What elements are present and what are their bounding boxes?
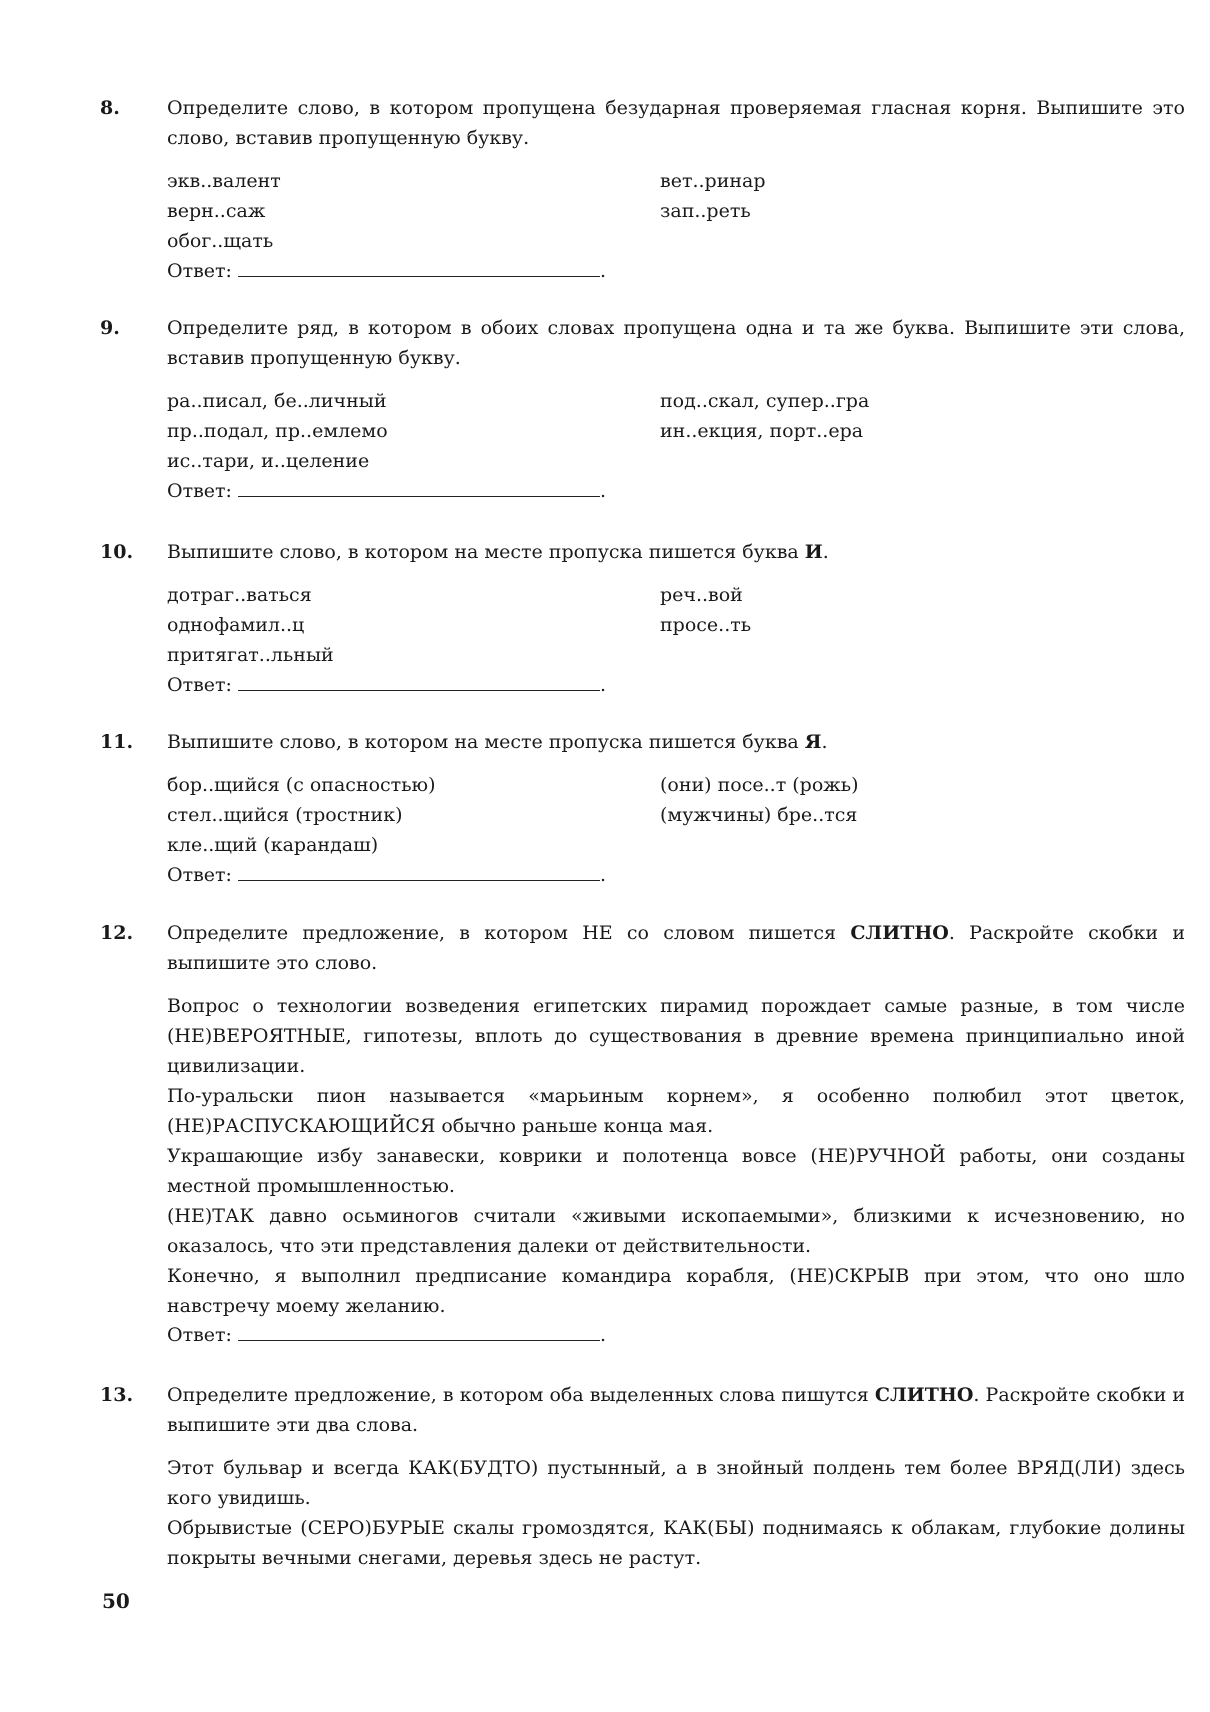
option: просе..ть xyxy=(660,610,751,640)
task-prompt: Выпишите слово, в котором на месте пропу… xyxy=(167,537,1185,567)
task-prompt: Определите слово, в котором пропущена бе… xyxy=(167,93,1185,153)
options-right: вет..ринар зап..реть xyxy=(660,166,766,226)
sentence: (НЕ)ТАК давно осьминогов считали «живыми… xyxy=(167,1201,1185,1261)
answer-label: Ответ: xyxy=(167,260,232,282)
answer-label: Ответ: xyxy=(167,480,232,502)
option: дотраг..ваться xyxy=(167,580,334,610)
option: под..скал, супер..гра xyxy=(660,386,869,416)
options-right: (они) посе..т (рожь) (мужчины) бре..тся xyxy=(660,770,859,830)
task-number: 13. xyxy=(100,1380,133,1410)
answer-end: . xyxy=(600,480,606,502)
option: ин..екция, порт..ера xyxy=(660,416,869,446)
option: стел..щийся (тростник) xyxy=(167,800,436,830)
prompt-text: Определите предложение, в котором НЕ со … xyxy=(167,922,850,944)
prompt-emphasis: СЛИТНО xyxy=(850,922,949,944)
answer-line[interactable] xyxy=(238,670,600,691)
options-left: дотраг..ваться однофамил..ц притягат..ль… xyxy=(167,580,334,670)
task-number: 10. xyxy=(100,537,133,567)
options-left: бор..щийся (с опасностью) стел..щийся (т… xyxy=(167,770,436,860)
options-right: реч..вой просе..ть xyxy=(660,580,751,640)
answer-field[interactable]: Ответ:. xyxy=(167,860,606,890)
prompt-text: . xyxy=(823,541,829,563)
answer-end: . xyxy=(600,864,606,886)
option: ра..писал, бе..личный xyxy=(167,386,388,416)
prompt-emphasis: И xyxy=(805,541,823,563)
options-left: ра..писал, бе..личный пр..подал, пр..емл… xyxy=(167,386,388,476)
option: бор..щийся (с опасностью) xyxy=(167,770,436,800)
task-number: 8. xyxy=(100,93,120,123)
page-number: 50 xyxy=(102,1589,130,1613)
option: обог..щать xyxy=(167,226,281,256)
sentence: Вопрос о технологии возведения египетски… xyxy=(167,991,1185,1081)
answer-end: . xyxy=(600,1324,606,1346)
sentence: Конечно, я выполнил предписание командир… xyxy=(167,1261,1185,1321)
task-prompt: Определите ряд, в котором в обоих словах… xyxy=(167,313,1185,373)
sentence: Обрывистые (СЕРО)БУРЫЕ скалы громоздятся… xyxy=(167,1513,1185,1573)
options-right: под..скал, супер..гра ин..екция, порт..е… xyxy=(660,386,869,446)
task-prompt: Выпишите слово, в котором на месте пропу… xyxy=(167,727,1185,757)
prompt-emphasis: Я xyxy=(805,731,822,753)
answer-field[interactable]: Ответ:. xyxy=(167,256,606,286)
option: (они) посе..т (рожь) xyxy=(660,770,859,800)
prompt-text: Выпишите слово, в котором на месте пропу… xyxy=(167,541,805,563)
option: верн..саж xyxy=(167,196,281,226)
option: вет..ринар xyxy=(660,166,766,196)
option: реч..вой xyxy=(660,580,751,610)
option: притягат..льный xyxy=(167,640,334,670)
answer-end: . xyxy=(600,260,606,282)
prompt-text: Определите предложение, в котором оба вы… xyxy=(167,1384,875,1406)
sentences: Вопрос о технологии возведения египетски… xyxy=(167,991,1185,1321)
option: экв..валент xyxy=(167,166,281,196)
option: ис..тари, и..целение xyxy=(167,446,388,476)
prompt-text: . xyxy=(822,731,828,753)
option: кле..щий (карандаш) xyxy=(167,830,436,860)
task-number: 11. xyxy=(100,727,133,757)
task-number: 9. xyxy=(100,313,120,343)
worksheet-page: 8. Определите слово, в котором пропущена… xyxy=(0,0,1210,1712)
answer-line[interactable] xyxy=(238,476,600,497)
option: пр..подал, пр..емлемо xyxy=(167,416,388,446)
option: однофамил..ц xyxy=(167,610,334,640)
sentence: Украшающие избу занавески, коврики и пол… xyxy=(167,1141,1185,1201)
answer-line[interactable] xyxy=(238,256,600,277)
answer-label: Ответ: xyxy=(167,1324,232,1346)
option: зап..реть xyxy=(660,196,766,226)
prompt-emphasis: СЛИТНО xyxy=(875,1384,974,1406)
sentence: Этот бульвар и всегда КАК(БУДТО) пустынн… xyxy=(167,1453,1185,1513)
task-prompt: Определите предложение, в котором НЕ со … xyxy=(167,918,1185,978)
sentence: По-уральски пион называется «марьиным ко… xyxy=(167,1081,1185,1141)
task-prompt: Определите предложение, в котором оба вы… xyxy=(167,1380,1185,1440)
answer-label: Ответ: xyxy=(167,674,232,696)
answer-line[interactable] xyxy=(238,1320,600,1341)
answer-label: Ответ: xyxy=(167,864,232,886)
answer-end: . xyxy=(600,674,606,696)
options-left: экв..валент верн..саж обог..щать xyxy=(167,166,281,256)
task-number: 12. xyxy=(100,918,133,948)
sentences: Этот бульвар и всегда КАК(БУДТО) пустынн… xyxy=(167,1453,1185,1573)
answer-field[interactable]: Ответ:. xyxy=(167,476,606,506)
option: (мужчины) бре..тся xyxy=(660,800,859,830)
answer-field[interactable]: Ответ:. xyxy=(167,1320,606,1350)
answer-line[interactable] xyxy=(238,860,600,881)
prompt-text: Выпишите слово, в котором на месте пропу… xyxy=(167,731,805,753)
answer-field[interactable]: Ответ:. xyxy=(167,670,606,700)
